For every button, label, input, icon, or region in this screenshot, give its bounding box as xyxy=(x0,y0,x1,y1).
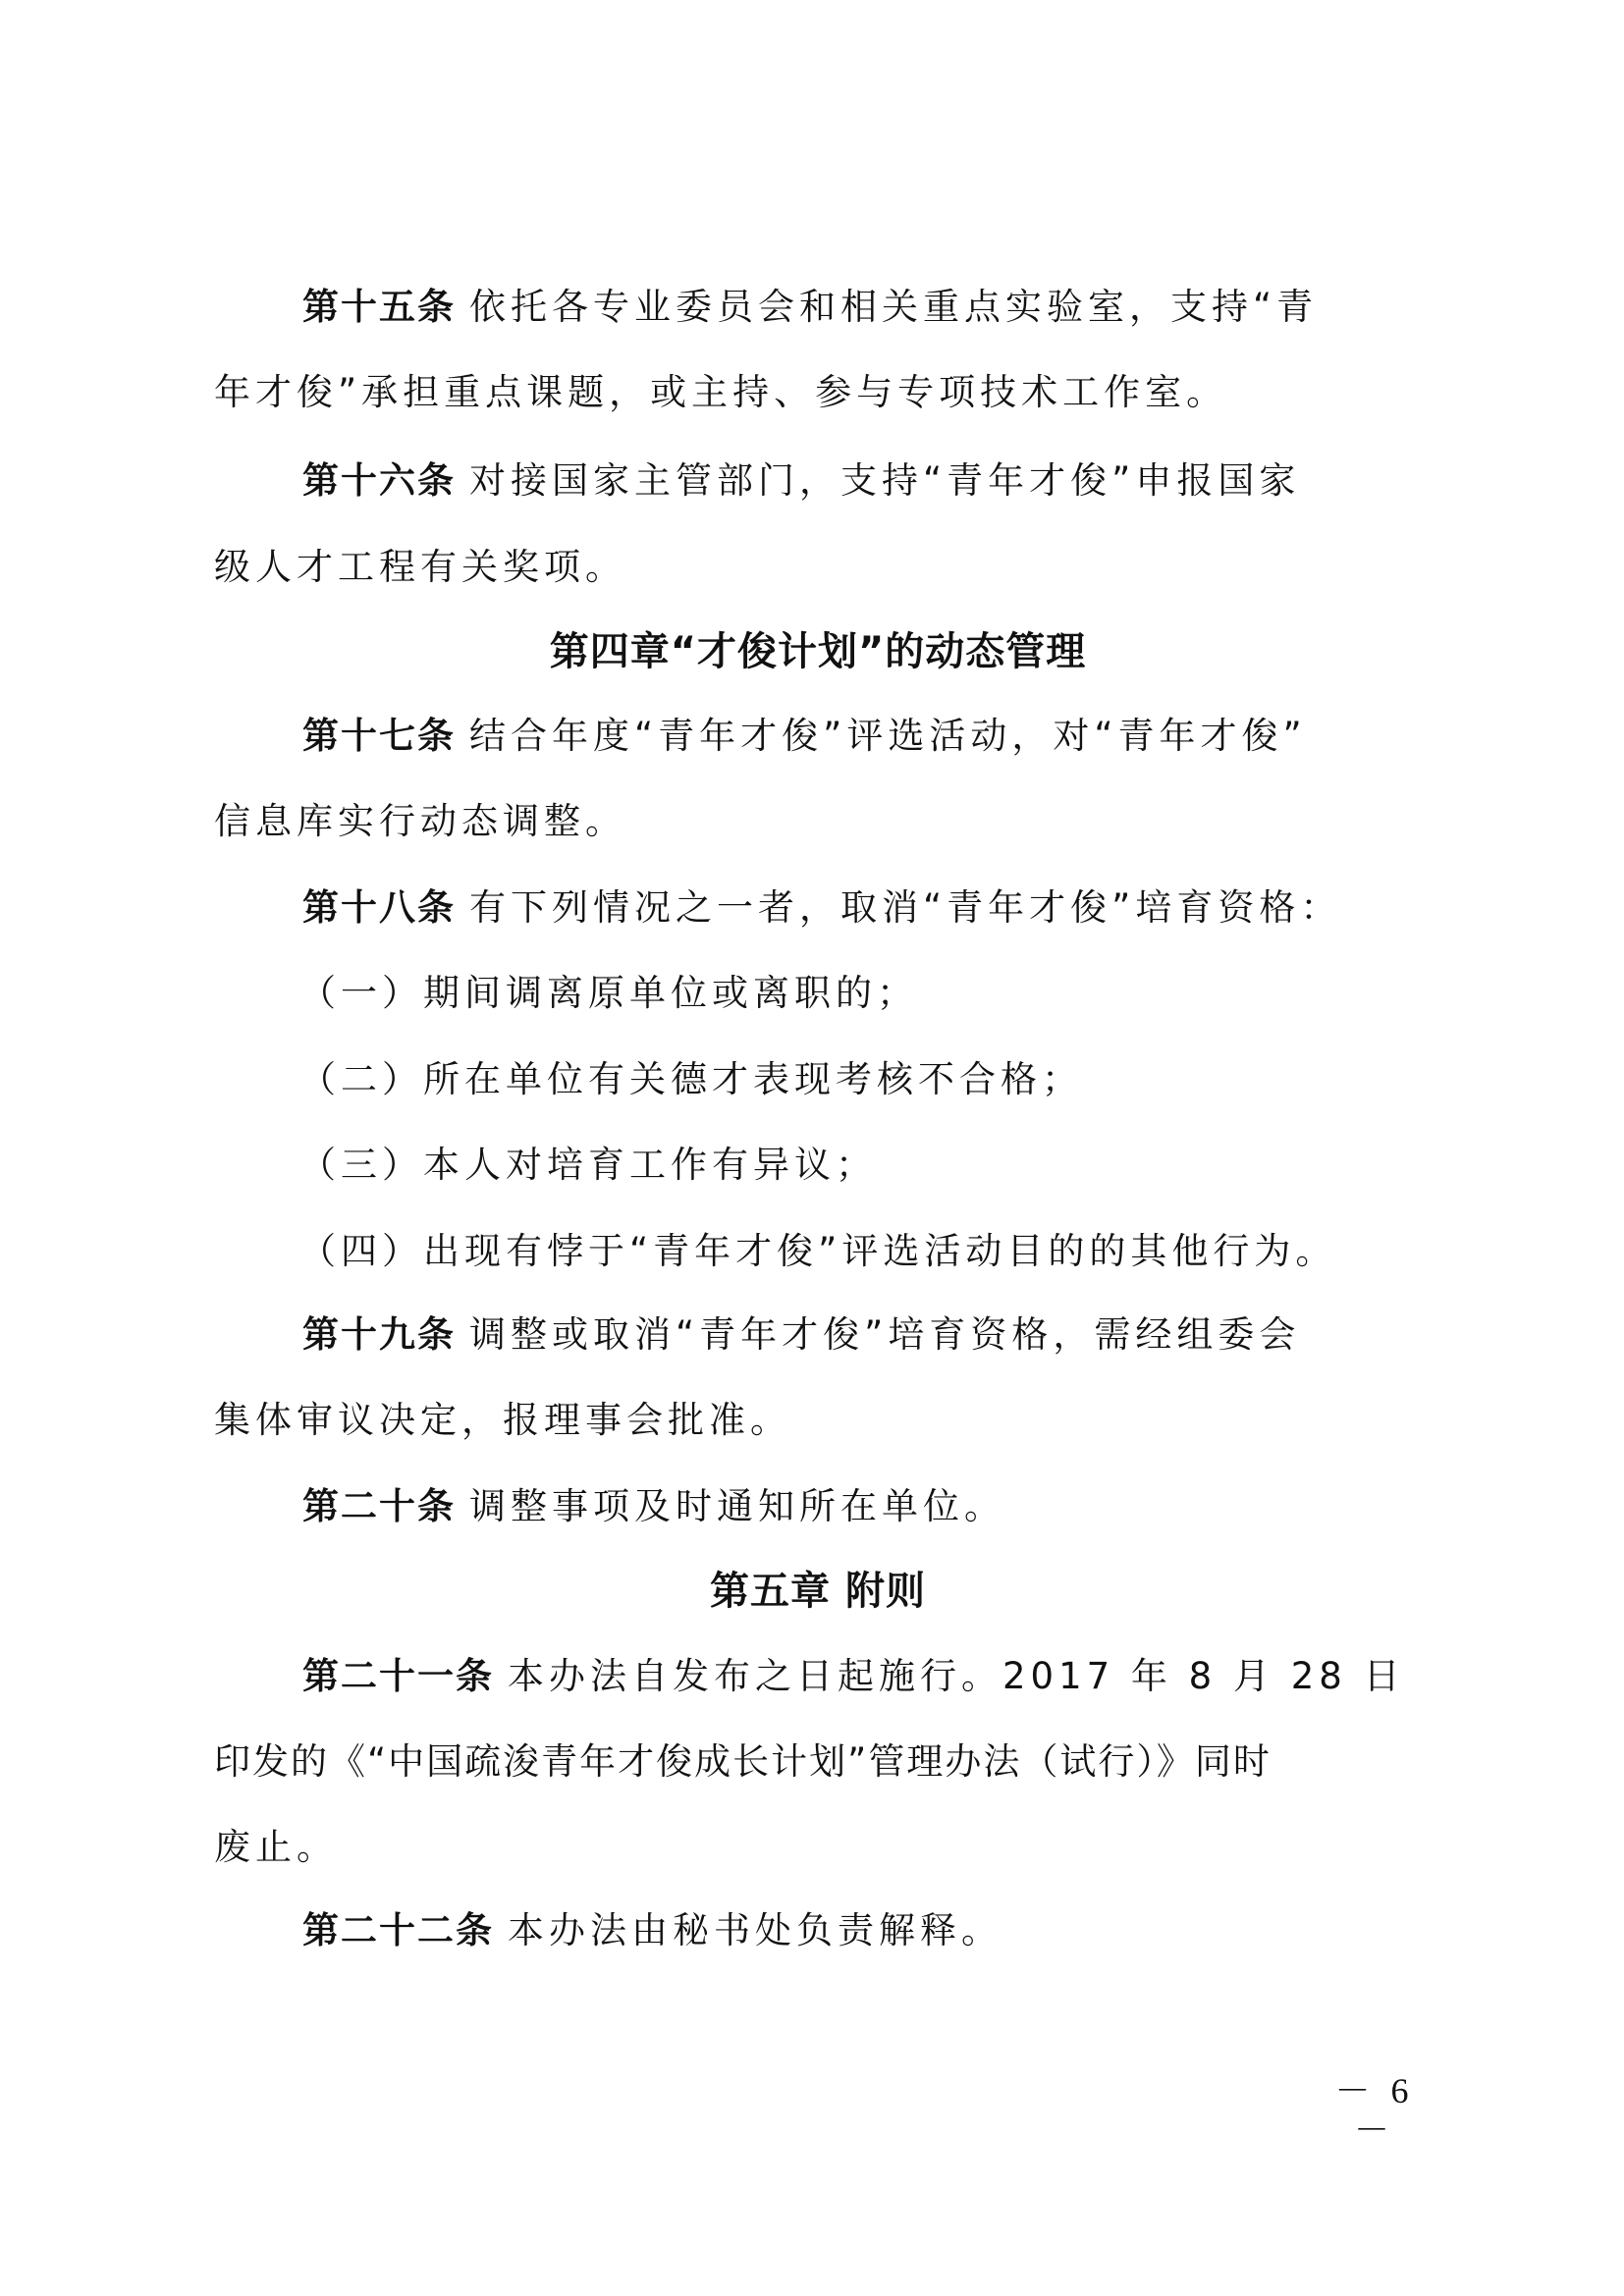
article-text: 有下列情况之一者，取消“青年才俊”培育资格： xyxy=(469,886,1341,929)
article-number: 第十六条 xyxy=(302,459,456,502)
article-text: 结合年度“青年才俊”评选活动，对“青年才俊” xyxy=(469,715,1307,757)
article-number: 第十九条 xyxy=(302,1313,456,1356)
chapter-4-heading: 第四章“才俊计划”的动态管理 xyxy=(214,626,1422,677)
article-18-item-3: （三）本人对培育工作有异议； xyxy=(299,1141,1507,1190)
document-page: 第十五条依托各专业委员会和相关重点实验室，支持“青 年才俊”承担重点课题，或主持… xyxy=(0,0,1624,2296)
article-15-line-1: 第十五条依托各专业委员会和相关重点实验室，支持“青 xyxy=(302,283,1510,332)
article-18-item-4: （四）出现有悖于“青年才俊”评选活动目的的其他行为。 xyxy=(299,1227,1507,1276)
article-16-line-1: 第十六条对接国家主管部门，支持“青年才俊”申报国家 xyxy=(302,456,1510,506)
article-21-line-1: 第二十一条本办法自发布之日起施行。2017 年 8 月 28 日 xyxy=(302,1652,1510,1701)
article-21-line-3: 废止。 xyxy=(214,1823,1422,1872)
article-number: 第二十条 xyxy=(302,1485,456,1527)
article-19-line-2: 集体审议决定，报理事会批准。 xyxy=(214,1396,1422,1445)
article-number: 第十八条 xyxy=(302,886,456,929)
article-20-line-1: 第二十条调整事项及时通知所在单位。 xyxy=(302,1482,1510,1531)
article-number: 第二十二条 xyxy=(302,1909,494,1951)
article-text: 本办法由秘书处负责解释。 xyxy=(508,1909,1002,1951)
article-15-line-2: 年才俊”承担重点课题，或主持、参与专项技术工作室。 xyxy=(214,368,1422,417)
article-18-item-1: （一）期间调离原单位或离职的； xyxy=(299,969,1507,1018)
article-22-line-1: 第二十二条本办法由秘书处负责解释。 xyxy=(302,1906,1510,1955)
article-text: 调整事项及时通知所在单位。 xyxy=(469,1485,1005,1527)
article-17-line-2: 信息库实行动态调整。 xyxy=(214,797,1422,846)
article-text: 对接国家主管部门，支持“青年才俊”申报国家 xyxy=(469,459,1300,502)
article-text: 依托各专业委员会和相关重点实验室，支持“青 xyxy=(469,286,1318,328)
article-16-line-2: 级人才工程有关奖项。 xyxy=(214,543,1422,592)
article-text: 本办法自发布之日起施行。2017 年 8 月 28 日 xyxy=(508,1655,1405,1697)
article-17-line-1: 第十七条结合年度“青年才俊”评选活动，对“青年才俊” xyxy=(302,712,1510,761)
article-number: 第十七条 xyxy=(302,715,456,757)
page-number: － 6 － xyxy=(1316,2071,1434,2150)
article-18-item-2: （二）所在单位有关德才表现考核不合格； xyxy=(299,1055,1507,1104)
article-number: 第十五条 xyxy=(302,286,456,328)
article-text: 调整或取消“青年才俊”培育资格，需经组委会 xyxy=(469,1313,1300,1356)
article-18-line-1: 第十八条有下列情况之一者，取消“青年才俊”培育资格： xyxy=(302,883,1510,933)
chapter-5-heading: 第五章 附则 xyxy=(214,1566,1422,1617)
article-number: 第二十一条 xyxy=(302,1655,494,1697)
article-21-line-2: 印发的《“中国疏浚青年才俊成长计划”管理办法（试行）》同时 xyxy=(214,1737,1422,1787)
article-19-line-1: 第十九条调整或取消“青年才俊”培育资格，需经组委会 xyxy=(302,1310,1510,1360)
